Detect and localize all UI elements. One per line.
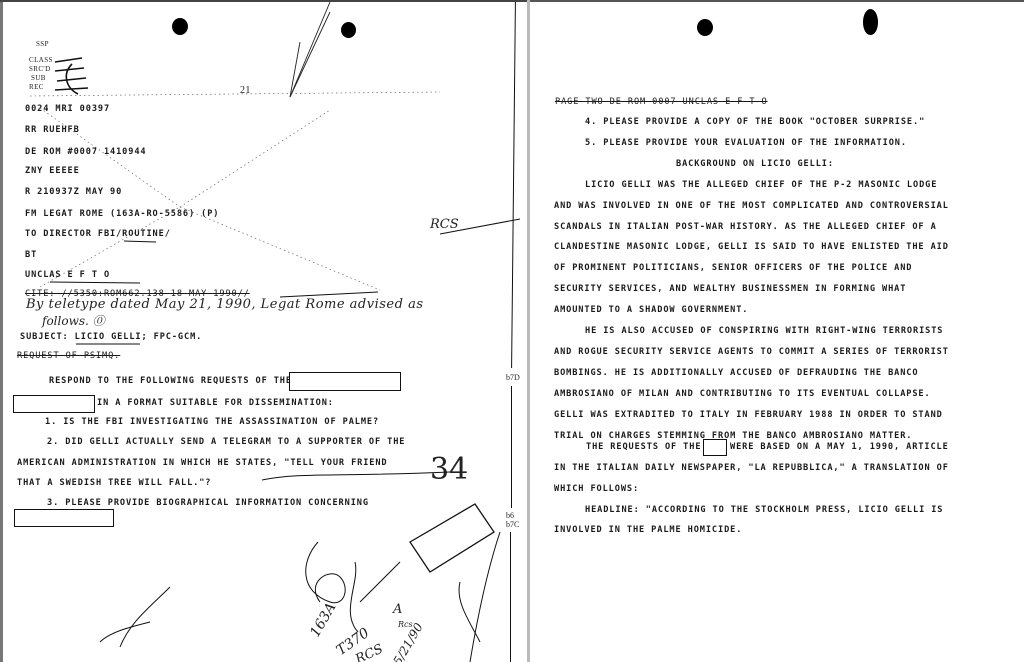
text-line: 4. PLEASE PROVIDE A COPY OF THE BOOK "OC… bbox=[585, 117, 925, 127]
redaction-box bbox=[703, 439, 727, 456]
text-line: SCANDALS IN ITALIAN POST-WAR HISTORY. AS… bbox=[554, 222, 937, 232]
text-line: AMOUNTED TO A SHADOW GOVERNMENT. bbox=[554, 305, 748, 315]
text-line: AND ROGUE SECURITY SERVICE AGENTS TO COM… bbox=[554, 347, 949, 357]
text-line: AMBROSIANO OF MILAN AND CONTRIBUTING TO … bbox=[554, 389, 931, 399]
text-line: BACKGROUND ON LICIO GELLI: bbox=[676, 159, 834, 169]
page-two-header: PAGE TWO DE ROM 0007 UNCLAS E F T O bbox=[555, 97, 768, 107]
text-line: 5. PLEASE PROVIDE YOUR EVALUATION OF THE… bbox=[585, 138, 907, 148]
text-line: HE IS ALSO ACCUSED OF CONSPIRING WITH RI… bbox=[585, 326, 943, 336]
punch-hole bbox=[863, 9, 878, 35]
text-line: WHICH FOLLOWS: bbox=[554, 484, 639, 494]
requests-line-suffix: WERE BASED ON A MAY 1, 1990, ARTICLE bbox=[730, 442, 949, 452]
text-line: HEADLINE: "ACCORDING TO THE STOCKHOLM PR… bbox=[585, 505, 943, 515]
text-line: IN THE ITALIAN DAILY NEWSPAPER, "LA REPU… bbox=[554, 463, 949, 473]
requests-line-prefix: THE REQUESTS OF THE bbox=[586, 442, 701, 452]
text-line: CLANDESTINE MASONIC LODGE, GELLI IS SAID… bbox=[554, 242, 949, 252]
document-page-two: PAGE TWO DE ROM 0007 UNCLAS E F T O 4. P… bbox=[530, 0, 1024, 662]
text-line: LICIO GELLI WAS THE ALLEGED CHIEF OF THE… bbox=[585, 180, 937, 190]
text-line: SECURITY SERVICES, AND WEALTHY BUSINESSM… bbox=[554, 284, 906, 294]
text-line: BOMBINGS. HE IS ADDITIONALLY ACCUSED OF … bbox=[554, 368, 918, 378]
text-line: TRIAL ON CHARGES STEMMING FROM THE BANCO… bbox=[554, 431, 912, 441]
document-markings bbox=[0, 2, 527, 662]
text-line: INVOLVED IN THE PALME HOMICIDE. bbox=[554, 525, 742, 535]
text-line: OF PROMINENT POLITICIANS, SENIOR OFFICER… bbox=[554, 263, 912, 273]
text-line: GELLI WAS EXTRADITED TO ITALY IN FEBRUAR… bbox=[554, 410, 943, 420]
text-line: AND WAS INVOLVED IN ONE OF THE MOST COMP… bbox=[554, 201, 949, 211]
punch-hole bbox=[697, 19, 713, 36]
document-page-one: SSP CLASS SRC'D SUB REC 21 0024 MRI 0039… bbox=[0, 0, 527, 662]
